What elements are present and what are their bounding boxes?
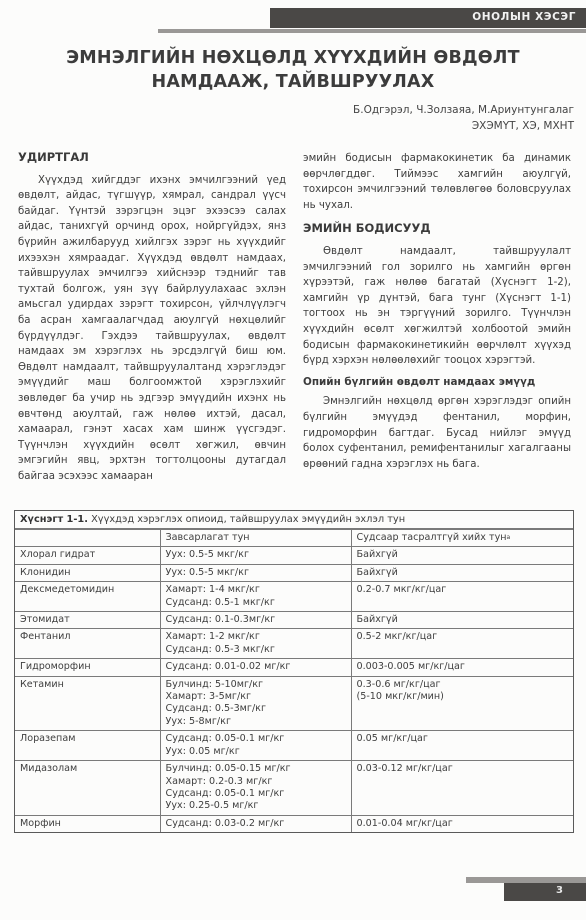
dose-line: 0.2-0.7 мкг/кг/цаг	[357, 584, 569, 596]
drug-name: Клонидин	[15, 564, 160, 581]
bolus-dose: Булчинд: 0.05-0.15 мг/кгХамарт: 0.2-0.3 …	[160, 761, 351, 816]
dose-line: Хамарт: 1-2 мкг/кг	[166, 631, 346, 643]
table-header-row: Завсарлагат тун Судсаар тасралтгүй хийх …	[15, 530, 573, 547]
bolus-dose: Судсанд: 0.01-0.02 мг/кг	[160, 659, 351, 676]
drug-name: Фентанил	[15, 629, 160, 659]
bolus-dose: Судсанд: 0.1-0.3мг/кг	[160, 612, 351, 629]
infusion-dose: 0.05 мг/кг/цаг	[351, 731, 573, 761]
title-line-1: ЭМНЭЛГИЙН НӨХЦӨЛД ХҮҮХДИЙН ӨВДӨЛТ	[0, 46, 586, 70]
dose-line: Уух: 0.5-5 мкг/кг	[166, 549, 346, 561]
infusion-dose: 0.003-0.005 мг/кг/цаг	[351, 659, 573, 676]
dosage-table: Хүснэгт 1-1. Хүүхдэд хэрэглэх опиоид, та…	[14, 510, 574, 833]
footnote-marker: a	[507, 534, 511, 541]
infusion-dose: 0.2-0.7 мкг/кг/цаг	[351, 582, 573, 612]
dose-line: Булчинд: 5-10мг/кг	[166, 679, 346, 691]
title-line-2: НАМДААЖ, ТАЙВШРУУЛАХ	[0, 70, 586, 94]
subheading-opioids: Опийн бүлгийн өвдөлт намдаах эмүүд	[303, 375, 571, 391]
infusion-dose: 0.3-0.6 мг/кг/цаг(5-10 мкг/кг/мин)	[351, 676, 573, 731]
dose-line: Судсанд: 0.5-1 мкг/кг	[166, 597, 346, 609]
dose-line: Уух: 0.25-0.5 мг/кг	[166, 800, 346, 812]
table-row: КетаминБулчинд: 5-10мг/кгХамарт: 3-5мг/к…	[15, 676, 573, 731]
page-number: 3	[556, 885, 563, 896]
dose-line: Байхгүй	[357, 549, 569, 561]
table-row: ДексмедетомидинХамарт: 1-4 мкг/кгСудсанд…	[15, 582, 573, 612]
dose-line: Судсанд: 0.05-0.1 мг/кг	[166, 788, 346, 800]
table-row: Хлорал гидратУух: 0.5-5 мкг/кгБайхгүй	[15, 547, 573, 564]
dose-line: Судсанд: 0.01-0.02 мг/кг	[166, 661, 346, 673]
continued-paragraph: эмийн бодисын фармакокинетик ба динамик …	[303, 151, 571, 213]
table-caption-label: Хүснэгт 1-1.	[20, 514, 88, 525]
drug-name: Лоразепам	[15, 731, 160, 761]
dose-line: 0.01-0.04 мг/кг/цаг	[357, 818, 569, 830]
drug-name: Морфин	[15, 815, 160, 832]
left-column: УДИРТГАЛ Хүүхдэд хийгддэг ихэнх эмчилгээ…	[18, 150, 286, 484]
dose-line: Хамарт: 0.2-0.3 мг/кг	[166, 776, 346, 788]
drug-name: Хлорал гидрат	[15, 547, 160, 564]
header-rule	[158, 29, 586, 33]
drug-name: Дексмедетомидин	[15, 582, 160, 612]
introduction-paragraph: Хүүхдэд хийгддэг ихэнх эмчилгээний үед ө…	[18, 173, 286, 485]
dose-line: 0.03-0.12 мг/кг/цаг	[357, 763, 569, 775]
bolus-dose: Судсанд: 0.03-0.2 мг/кг	[160, 815, 351, 832]
header-infusion-dose: Судсаар тасралтгүй хийх тунa	[351, 530, 573, 547]
dose-line: Уух: 0.5-5 мкг/кг	[166, 567, 346, 579]
bolus-dose: Уух: 0.5-5 мкг/кг	[160, 547, 351, 564]
infusion-dose: Байхгүй	[351, 612, 573, 629]
table-row: ФентанилХамарт: 1-2 мкг/кгСудсанд: 0.5-3…	[15, 629, 573, 659]
dose-line: Уух: 5-8мг/кг	[166, 716, 346, 728]
dose-line: Хамарт: 1-4 мкг/кг	[166, 584, 346, 596]
infusion-dose: Байхгүй	[351, 564, 573, 581]
header-drug	[15, 530, 160, 547]
drug-name: Кетамин	[15, 676, 160, 731]
dose-line: Байхгүй	[357, 614, 569, 626]
section-label: ОНОЛЫН ХЭСЭГ	[472, 11, 576, 23]
medications-paragraph: Өвдөлт намдаалт, тайвшруулалт эмчилгээни…	[303, 244, 571, 369]
header-bolus-dose: Завсарлагат тун	[160, 530, 351, 547]
section-heading-introduction: УДИРТГАЛ	[18, 150, 286, 166]
authors: Б.Одгэрэл, Ч.Золзаяа, М.Ариунтунгалаг	[353, 102, 574, 118]
table-row: ГидроморфинСудсанд: 0.01-0.02 мг/кг0.003…	[15, 659, 573, 676]
table-row: ЛоразепамСудсанд: 0.05-0.1 мг/кгУух: 0.0…	[15, 731, 573, 761]
affiliations: ЭХЭМҮТ, ХЭ, МХНТ	[353, 118, 574, 134]
drug-name: Гидроморфин	[15, 659, 160, 676]
infusion-dose: 0.5-2 мкг/кг/цаг	[351, 629, 573, 659]
table-row: ЭтомидатСудсанд: 0.1-0.3мг/кгБайхгүй	[15, 612, 573, 629]
bolus-dose: Хамарт: 1-4 мкг/кгСудсанд: 0.5-1 мкг/кг	[160, 582, 351, 612]
table-row: КлонидинУух: 0.5-5 мкг/кгБайхгүй	[15, 564, 573, 581]
section-heading-medications: ЭМИЙН БОДИСУУД	[303, 221, 571, 237]
bolus-dose: Уух: 0.5-5 мкг/кг	[160, 564, 351, 581]
bolus-dose: Судсанд: 0.05-0.1 мг/кгУух: 0.05 мг/кг	[160, 731, 351, 761]
footer-band	[504, 883, 586, 901]
infusion-dose: 0.03-0.12 мг/кг/цаг	[351, 761, 573, 816]
dose-line: Хамарт: 3-5мг/кг	[166, 691, 346, 703]
article-title: ЭМНЭЛГИЙН НӨХЦӨЛД ХҮҮХДИЙН ӨВДӨЛТ НАМДАА…	[0, 46, 586, 94]
drug-name: Мидазолам	[15, 761, 160, 816]
drug-name: Этомидат	[15, 612, 160, 629]
dose-line: Булчинд: 0.05-0.15 мг/кг	[166, 763, 346, 775]
dose-line: 0.05 мг/кг/цаг	[357, 733, 569, 745]
dose-line: Судсанд: 0.5-3 мкг/кг	[166, 644, 346, 656]
opioids-paragraph: Эмнэлгийн нөхцөлд өргөн хэрэглэдэг опийн…	[303, 394, 571, 472]
table-caption-text: Хүүхдэд хэрэглэх опиоид, тайвшруулах эмү…	[88, 514, 405, 525]
right-column: эмийн бодисын фармакокинетик ба динамик …	[303, 151, 571, 472]
table-row: МидазоламБулчинд: 0.05-0.15 мг/кгХамарт:…	[15, 761, 573, 816]
dose-line: 0.5-2 мкг/кг/цаг	[357, 631, 569, 643]
dose-line: Судсанд: 0.5-3мг/кг	[166, 703, 346, 715]
dose-line: Уух: 0.05 мг/кг	[166, 746, 346, 758]
infusion-dose: Байхгүй	[351, 547, 573, 564]
dose-line: (5-10 мкг/кг/мин)	[357, 691, 569, 703]
dose-line: 0.003-0.005 мг/кг/цаг	[357, 661, 569, 673]
dose-line: 0.3-0.6 мг/кг/цаг	[357, 679, 569, 691]
table-row: МорфинСудсанд: 0.03-0.2 мг/кг0.01-0.04 м…	[15, 815, 573, 832]
dose-line: Байхгүй	[357, 567, 569, 579]
dose-line: Судсанд: 0.05-0.1 мг/кг	[166, 733, 346, 745]
infusion-dose: 0.01-0.04 мг/кг/цаг	[351, 815, 573, 832]
dose-line: Судсанд: 0.03-0.2 мг/кг	[166, 818, 346, 830]
bolus-dose: Хамарт: 1-2 мкг/кгСудсанд: 0.5-3 мкг/кг	[160, 629, 351, 659]
table-caption: Хүснэгт 1-1. Хүүхдэд хэрэглэх опиоид, та…	[15, 511, 573, 529]
dose-line: Судсанд: 0.1-0.3мг/кг	[166, 614, 346, 626]
author-block: Б.Одгэрэл, Ч.Золзаяа, М.Ариунтунгалаг ЭХ…	[353, 102, 574, 134]
bolus-dose: Булчинд: 5-10мг/кгХамарт: 3-5мг/кгСудсан…	[160, 676, 351, 731]
